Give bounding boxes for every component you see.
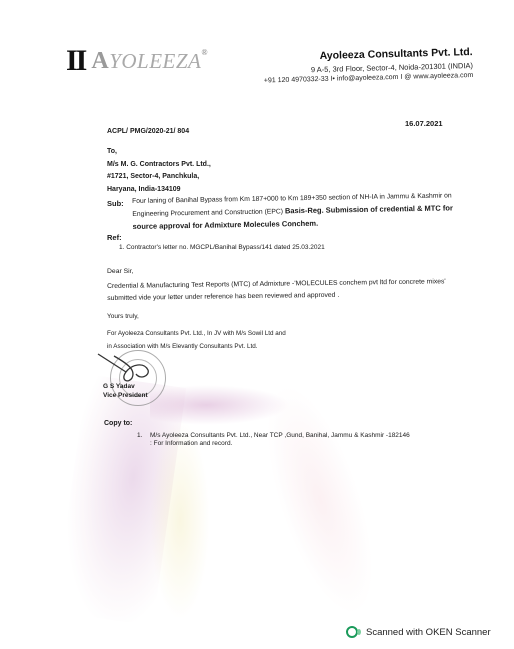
subject-text: Four laning of Banihal Bypass from Km 18… (132, 190, 463, 234)
to-label: To, (107, 146, 211, 159)
oken-scanner-logo-icon (346, 626, 358, 638)
letter-date: 16.07.2021 (405, 119, 443, 128)
reference-item: 1. Contractor's letter no. MGCPL/Banihal… (119, 244, 325, 251)
letterhead-contact: Ayoleeza Consultants Pvt. Ltd. 9 A-5, 3r… (263, 46, 473, 84)
recipient-block: To, M/s M. G. Contractors Pvt. Ltd., #17… (107, 146, 211, 196)
signer-title: Vice President (103, 391, 148, 400)
scan-stain (150, 420, 210, 620)
scanner-watermark: Scanned with OKEN Scanner (346, 626, 491, 638)
closing: Yours truly, (107, 313, 139, 320)
subject-label: Sub: (107, 199, 124, 208)
copy-to-item: 1. M/s Ayoleeza Consultants Pvt. Ltd., N… (137, 432, 467, 448)
logo-mark: II (66, 46, 85, 76)
letter-body: Credential & Manufacturing Test Reports … (107, 276, 467, 305)
ref-label: Ref: (107, 233, 122, 242)
signatory: G S Yadav Vice President (103, 382, 148, 400)
recipient-line: M/s M. G. Contractors Pvt. Ltd., (107, 159, 211, 172)
signer-name: G S Yadav (103, 382, 148, 391)
recipient-line: #1721, Sector-4, Panchkula, (107, 171, 211, 184)
company-logo: II AYOLEEZA® (66, 46, 208, 76)
scan-stain (150, 385, 290, 425)
reference-number: ACPL/ PMG/2020-21/ 804 (107, 128, 189, 135)
watermark-text: Scanned with OKEN Scanner (366, 627, 491, 638)
copy-to-label: Copy to: (104, 420, 132, 427)
salutation: Dear Sir, (107, 268, 133, 275)
logo-wordmark: AYOLEEZA® (91, 48, 208, 75)
